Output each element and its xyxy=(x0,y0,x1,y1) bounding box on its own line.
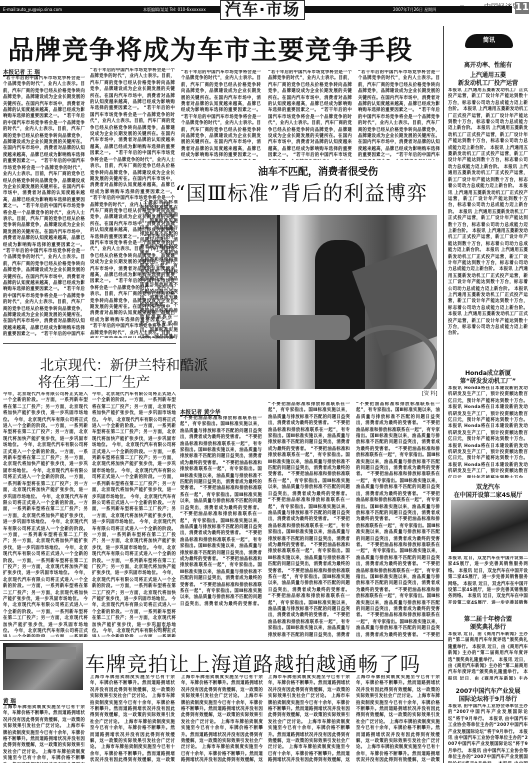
header-bar-right: Auto Weekly 2007年7月26日 星期四 xyxy=(305,6,512,13)
feature-byline: 本报记者 黄少华 xyxy=(180,408,220,416)
hyundai-body-col2: 今年，北京现代汽车有限公司将正式进入一个全新的阶段。一方面，一系列新车型将在第二… xyxy=(92,392,176,637)
section-title: 汽车·市场 xyxy=(220,0,305,20)
sidebar-item-3-body: 本报讯 近日，双龙汽车在中国开设第二家4S展厅，进一步完善其销售服务网络。 本报… xyxy=(448,556,528,604)
sidebar-item-1-kicker: 离开功率、性能有 xyxy=(448,60,528,69)
sidebar-item-2-title2: 第“研发发动机工厂” xyxy=(448,376,528,385)
sidebar-news-badge: 简讯 xyxy=(465,34,513,48)
issue-date: 2007年7月26日 星期四 xyxy=(390,6,436,13)
divider xyxy=(3,343,176,344)
photo-credit: [资 料] xyxy=(422,390,438,397)
sidebar-item-5-body: 本报讯 由中国汽车工业协会等单位主办的“2007中国汽车产业发展国际论坛”将于9… xyxy=(448,704,528,763)
bottom-body-col5: 上海市车牌拍卖制度实施至今已有十余年，车牌价格不断攀升。然而道路拥堵状况并没有因… xyxy=(356,675,440,763)
header-editor-info: 本版编辑/某某 Tel: 010-6xxxxxxx xyxy=(140,6,206,13)
hyundai-headline-line2: 将在第二工厂生产 xyxy=(38,372,150,392)
sidebar-item-4-body: 本报讯 近日，由《商用汽车新闻》主办的“第二届商用汽车年度评选”颁奖典礼隆重举行… xyxy=(448,632,528,680)
sidebar-item-5-title2: 国际论坛将于9月举行 xyxy=(448,694,528,703)
main-byline: 本报记者 王 瑞 xyxy=(3,68,40,76)
hyundai-body-col1: 今年，北京现代汽车有限公司将正式进入一个全新的阶段。一方面，一系列新车型将在第二… xyxy=(3,392,88,637)
main-headline: 品牌竞争将成为车市主要竞争手段 xyxy=(8,30,438,67)
divider xyxy=(0,640,443,641)
sidebar-item-2-body: 本报讯 Honda将在日本建设新的发动机研发及生产工厂，预计投资额达数百亿日元，… xyxy=(448,386,528,478)
feature-body-col3: “不要把油品标准和排放标准联系在一起”，有专家指出。国Ⅲ标准实施以来，油品质量与… xyxy=(356,402,440,638)
sidebar-item-4-title2: 颁奖典礼举行 xyxy=(448,622,528,631)
bottom-body-col4: 上海市车牌拍卖制度实施至今已有十余年，车牌价格不断攀升。然而道路拥堵状况并没有因… xyxy=(268,675,350,763)
feature-kicker: 油车不匹配，消费者很受伤 xyxy=(258,163,378,178)
english-section: Auto Weekly xyxy=(305,17,333,22)
feature-body-col1: “不要把油品标准和排放标准联系在一起”，有专家指出。国Ⅲ标准实施以来，油品质量与… xyxy=(180,416,262,606)
suv-photo xyxy=(451,500,528,552)
bottom-body-col3: 上海市车牌拍卖制度实施至今已有十余年，车牌价格不断攀升。然而道路拥堵状况并没有因… xyxy=(181,675,263,763)
sidebar-item-1-body: 本报讯 上汽通用五菱新发动机工厂正式投产运营，新工厂设计年产能达到数十万台，标志… xyxy=(448,88,528,356)
auction-photo xyxy=(3,643,83,690)
sidebar-divider xyxy=(443,26,444,763)
feature-body-left: “不要把油品标准和排放标准联系在一起”，有专家指出。国Ⅲ标准实施以来，油品质量与… xyxy=(140,200,178,340)
main-body-col1: “若干年后的中国汽车市场竞争将会是一个品牌竞争的时代”，业内人士表示。目前，汽车… xyxy=(3,76,85,338)
sidebar-item-1-title2: 新发动机工厂投产运营 xyxy=(448,78,528,87)
decorative-stripes-icon: \\\\ xyxy=(460,5,464,12)
photo-banner xyxy=(6,647,76,659)
bottom-body-col1: 上海市车牌拍卖制度实施至今已有十余年，车牌价格不断攀升。然而道路拥堵状况并没有因… xyxy=(3,705,85,763)
bottom-byline: 黄 瑞 xyxy=(3,697,16,705)
main-body-col4: “若干年后的中国汽车市场竞争将会是一个品牌竞争的时代”，业内人士表示。目前，汽车… xyxy=(268,70,352,160)
main-body-col3: “若干年后的中国汽车市场竞争将会是一个品牌竞争的时代”，业内人士表示。目前，汽车… xyxy=(181,70,261,160)
bottom-headline: 车牌竞拍让上海道路越拍越通畅了吗 xyxy=(85,648,421,677)
fuel-nozzle-icon xyxy=(270,315,350,340)
sidebar-item-3-title2: 在中国开设第二家4S展厅 xyxy=(448,490,528,499)
main-body-col5: “若干年后的中国汽车市场竞争将会是一个品牌竞争的时代”，业内人士表示。目前，汽车… xyxy=(358,70,440,160)
page-number: 11 xyxy=(515,2,529,14)
feature-body-col2: “不要把油品标准和排放标准联系在一起”，有专家指出。国Ⅲ标准实施以来，油品质量与… xyxy=(268,402,350,638)
fuel-pump-photo xyxy=(180,215,437,389)
feature-headline: “国Ⅲ标准”背后的利益博弈 xyxy=(175,177,428,206)
bottom-body-col2: 上海市车牌拍卖制度实施至今已有十余年，车牌价格不断攀升。然而道路拥堵状况并没有因… xyxy=(90,675,175,763)
